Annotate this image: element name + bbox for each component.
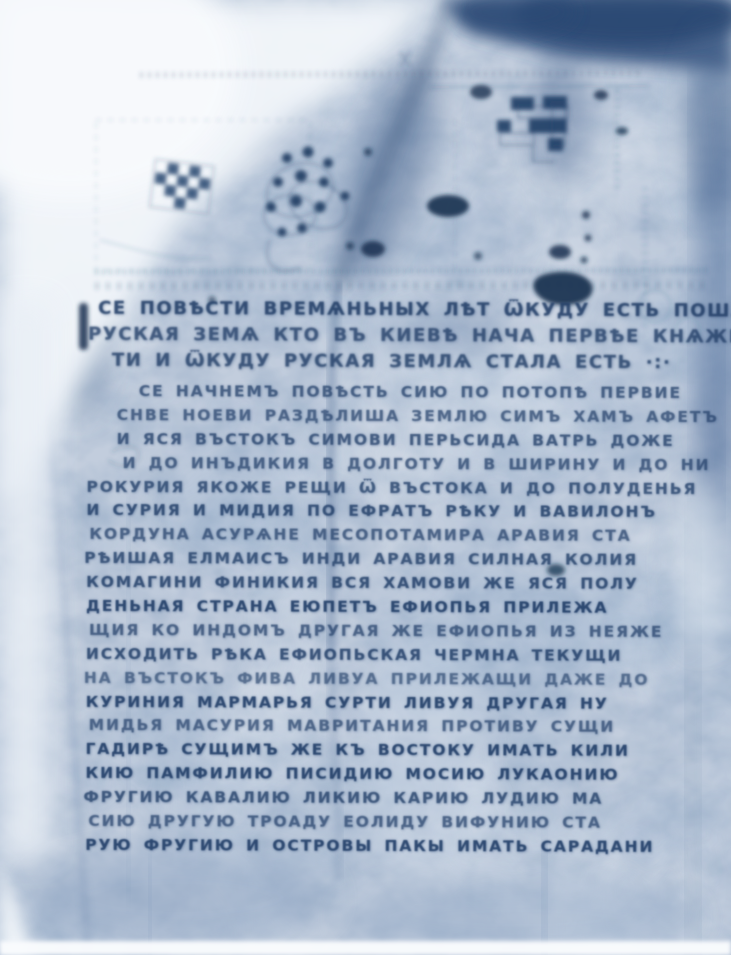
text-line: на въстокъ фива ливуа прилежащи даже до [84, 667, 724, 693]
text-line: се начнемъ повѣсть сию по потопѣ первие [139, 380, 727, 406]
text-line: рѣишая елмаисъ инди аравия силная колия [84, 547, 724, 573]
title-line: руская земѧ кто въ киевѣ нача первѣе кнѧ… [88, 322, 716, 351]
title-line: се повѣсти времѧньных лѣт ѿкуду есть пош… [98, 296, 716, 325]
text-line: фругию кавалию ликию карию лудию ма [83, 786, 723, 812]
text-line: куриния мармарья сурти ливуя другая ну [86, 690, 726, 716]
text-line: кордуна асурѧне месопотамира аравия ста [89, 523, 729, 549]
title-line: ти и ѿкуду руская землѧ стала есть ·:· [112, 348, 716, 377]
title-block: се повѣсти времѧньных лѣт ѿкуду есть пош… [86, 296, 716, 377]
text-line: и сурия и мидия по ефратъ рѣку и вавилон… [86, 499, 726, 525]
text-line: рокурия якоже рещи ѿ въстока и до полуде… [86, 475, 726, 501]
text-line: комагини финикия вся хамови же яся полу [86, 571, 726, 597]
text-line: щия ко индомъ другая же ефиопья из неяже [89, 619, 729, 645]
text-line: и до инъдикия в долготу и в ширину и до … [123, 452, 727, 478]
text-line: рую фругию и островы пакы имать сарадани [85, 834, 725, 860]
text-line: снве ноеви раздѣлиша землю симъ хамъ афе… [117, 404, 727, 430]
manuscript-page-photo: се повѣсти времѧньных лѣт ѿкуду есть пош… [0, 0, 731, 955]
text-line: кию памфилию писидию мосию лукаонию [85, 762, 725, 788]
text-line: исходить рѣка ефиопьская чермна текущи [86, 643, 726, 669]
text-line: гадирѣ сущимъ же къ востоку имать кили [86, 738, 726, 764]
text-line: мидья масурия мавритания противу сущи [89, 714, 729, 740]
text-line: сию другую троаду еолиду вифунию ста [88, 810, 728, 836]
text-block: се начнемъ повѣсть сию по потопѣ первие … [85, 380, 727, 860]
text-line: деньная страна еюпетъ ефиопья прилежа [86, 595, 726, 621]
text-line: и яся въстокъ симови перьсида ватрь доже [117, 428, 727, 454]
